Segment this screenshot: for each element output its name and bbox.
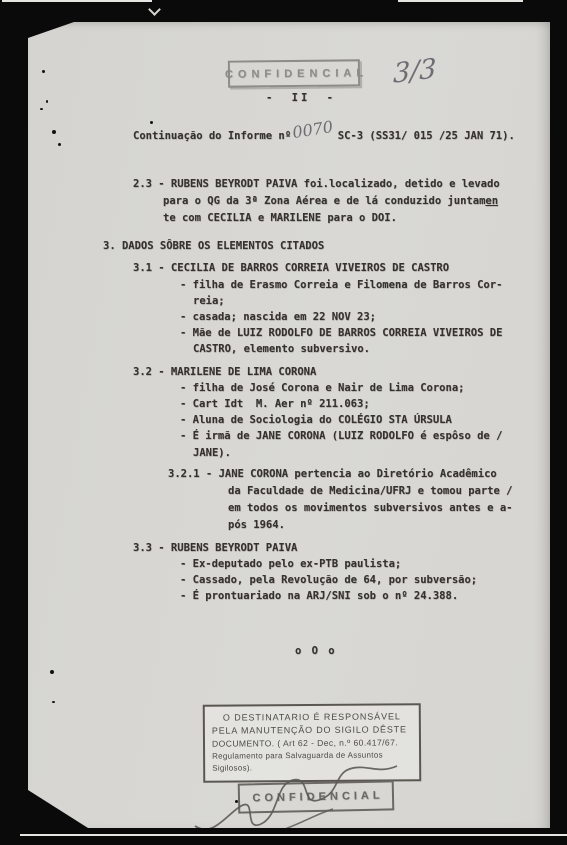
scan-edge-sliver (2, 0, 152, 2)
informe-number-handwritten: 0070 (292, 120, 334, 140)
item-3-2-line-4: - É irmã de JANE CORONA (LUIZ RODOLFO é … (180, 429, 502, 443)
scan-artifact-mark (148, 3, 161, 16)
item-3-3-title: 3.3 - RUBENS BEYRODT PAIVA (133, 541, 297, 555)
para-2-3-line-2-underlined: en (485, 195, 498, 207)
signature-scribble (183, 754, 413, 844)
ink-speck (150, 121, 153, 124)
ink-speck (42, 70, 45, 73)
ink-speck (40, 108, 43, 110)
informe-continuation-suffix: SC-3 (SS31/ 015 /25 JAN 71). (338, 130, 515, 142)
item-3-3-line-3: - É prontuariado na ARJ/SNI sob o nº 24.… (180, 589, 458, 603)
item-3-2-1-line-2: da Faculdade de Medicina/UFRJ e tomou pa… (228, 484, 512, 498)
item-3-2-line-5: JANE). (193, 446, 231, 460)
scanned-document: CONFIDENCIAL 3/3 - II - Continuação do I… (0, 0, 567, 845)
section-3-title: 3. DADOS SÔBRE OS ELEMENTOS CITADOS (103, 239, 324, 253)
informe-continuation-line: Continuação do Informe nº0070SC-3 (SS31/… (133, 127, 515, 143)
item-3-1-line-1: - filha de Erasmo Correia e Filomena de … (180, 278, 502, 292)
para-2-3-line-2-text: para o QG da 3ª Zona Aérea e de lá condu… (163, 195, 485, 207)
informe-continuation-prefix: Continuação do Informe nº (133, 130, 291, 142)
item-3-1-line-5: CASTRO, elemento subversivo. (193, 342, 370, 356)
para-2-3-line-1: 2.3 - RUBENS BEYRODT PAIVA foi.localizad… (133, 177, 500, 191)
item-3-2-line-3: - Aluna de Sociologia do COLÉGIO STA ÚRS… (180, 413, 452, 427)
item-3-2-line-2: - Cart Idt M. Aer nº 211.063; (180, 397, 370, 411)
para-2-3-line-3: te com CECILIA e MARILENE para o DOI. (163, 211, 397, 225)
item-3-1-title: 3.1 - CECILIA DE BARROS CORREIA VIVEIROS… (133, 261, 449, 275)
ink-speck (58, 143, 61, 146)
item-3-2-line-1: - filha de José Corona e Nair de Lima Co… (180, 381, 464, 395)
ink-speck (46, 100, 48, 103)
confidencial-stamp-top-label: CONFIDENCIAL (220, 67, 368, 81)
para-2-3-line-2: para o QG da 3ª Zona Aérea e de lá condu… (163, 194, 498, 208)
scan-edge-sliver (398, 0, 523, 2)
ink-speck (50, 670, 54, 674)
item-3-2-1-line-4: pós 1964. (228, 518, 285, 532)
scan-edge-sliver (20, 834, 567, 836)
item-3-1-line-3: - casada; nascida em 22 NOV 23; (180, 310, 376, 324)
page-number: - II - (266, 91, 336, 105)
ink-speck (52, 701, 55, 703)
item-3-1-line-2: reia; (193, 294, 225, 308)
confidencial-stamp-top: CONFIDENCIAL (228, 59, 360, 87)
item-3-3-line-2: - Cassado, pela Revolução de 64, por sub… (180, 573, 477, 587)
item-3-3-line-1: - Ex-deputado pelo ex-PTB paulista; (180, 557, 401, 571)
end-mark: o O o (295, 644, 337, 658)
item-3-2-1-line-3: em todos os movimentos subversivos antes… (228, 501, 512, 515)
item-3-2-1-line-1: 3.2.1 - JANE CORONA pertencia ao Diretór… (168, 467, 497, 481)
item-3-1-line-4: - Mãe de LUIZ RODOLFO DE BARROS CORREIA … (180, 326, 502, 340)
sheet-mark-handwritten: 3/3 (393, 53, 437, 90)
item-3-2-title: 3.2 - MARILENE DE LIMA CORONA (133, 365, 316, 379)
document-page: CONFIDENCIAL 3/3 - II - Continuação do I… (28, 22, 550, 828)
ink-speck (52, 130, 56, 134)
